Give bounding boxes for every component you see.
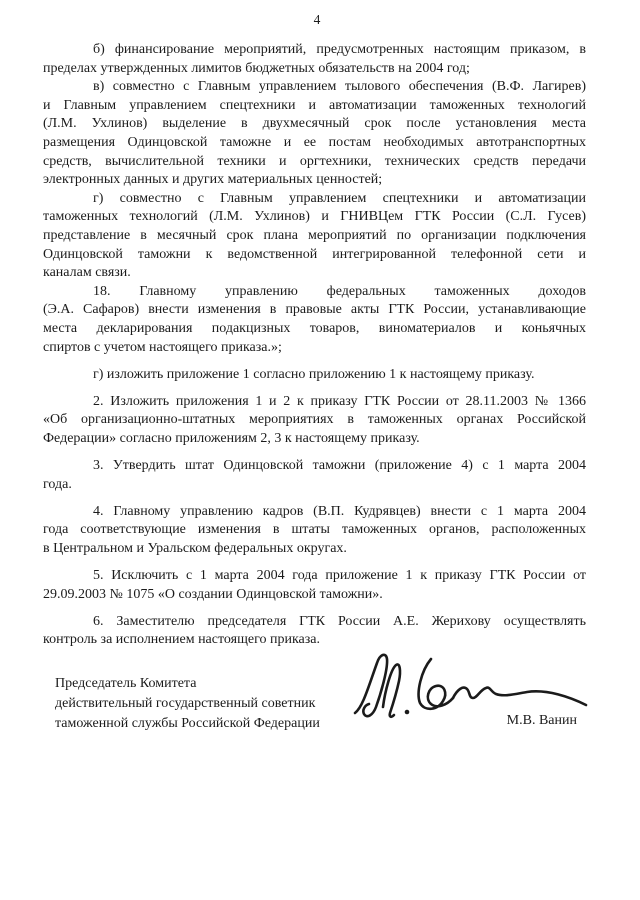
- paragraph: 18. Главному управлению федеральных тамо…: [43, 283, 586, 357]
- paragraph: 5. Исключить с 1 марта 2004 года приложе…: [43, 567, 586, 604]
- document-line: года.: [43, 476, 586, 495]
- document-line: 2. Изложить приложения 1 и 2 к приказу Г…: [43, 393, 586, 412]
- paragraph: 4. Главному управлению кадров (В.П. Кудр…: [43, 503, 586, 559]
- document-line: б) финансирование мероприятий, предусмот…: [43, 41, 586, 60]
- document-page: 4 б) финансирование мероприятий, предусм…: [0, 0, 640, 900]
- document-line: места декларирования подакцизных товаров…: [43, 320, 586, 339]
- document-line: контроль за исполнением настоящего прика…: [43, 631, 586, 650]
- document-body: б) финансирование мероприятий, предусмот…: [43, 41, 586, 650]
- document-line: 5. Исключить с 1 марта 2004 года приложе…: [43, 567, 586, 586]
- document-line: средств, вычислительной техники и оргтех…: [43, 153, 586, 172]
- document-line: 29.09.2003 № 1075 «О создании Одинцовско…: [43, 586, 586, 605]
- paragraph: в) совместно с Главным управлением тылов…: [43, 78, 586, 190]
- paragraph: 3. Утвердить штат Одинцовской таможни (п…: [43, 457, 586, 494]
- document-line: представление в месячный срок плана меро…: [43, 227, 586, 246]
- paragraph: г) изложить приложение 1 согласно прилож…: [43, 366, 586, 385]
- document-line: электронных данных и других материальных…: [43, 171, 586, 190]
- document-line: размещения Одинцовской таможне и ее пост…: [43, 134, 586, 153]
- paragraph: г) совместно с Главным управлением спецт…: [43, 190, 586, 283]
- signer-title-line: Председатель Комитета: [55, 674, 320, 694]
- document-line: и Главным управлением спецтехники и авто…: [43, 97, 586, 116]
- document-line: каналам связи.: [43, 264, 586, 283]
- signer-title-block: Председатель Комитетадействительный госу…: [55, 674, 320, 734]
- document-line: спиртов с учетом настоящего приказа.»;: [43, 339, 586, 358]
- document-line: 18. Главному управлению федеральных тамо…: [43, 283, 586, 302]
- document-line: (Э.А. Сафаров) внести изменения в правов…: [43, 301, 586, 320]
- document-line: г) совместно с Главным управлением спецт…: [43, 190, 586, 209]
- page-number: 4: [0, 12, 634, 28]
- document-line: года соответствующие изменения в штаты т…: [43, 521, 586, 540]
- signer-name: М.В. Ванин: [507, 713, 577, 729]
- paragraph: 2. Изложить приложения 1 и 2 к приказу Г…: [43, 393, 586, 449]
- document-line: «Об организационно-штатных мероприятиях …: [43, 411, 586, 430]
- document-line: 6. Заместителю председателя ГТК России А…: [43, 613, 586, 632]
- signer-title-line: действительный государственный советник: [55, 694, 320, 714]
- signer-title-line: таможенной службы Российской Федерации: [55, 714, 320, 734]
- document-line: 3. Утвердить штат Одинцовской таможни (п…: [43, 457, 586, 476]
- paragraph: б) финансирование мероприятий, предусмот…: [43, 41, 586, 78]
- document-line: Федерации» согласно приложениям 2, 3 к н…: [43, 430, 586, 449]
- document-line: пределах утвержденных лимитов бюджетных …: [43, 60, 586, 79]
- document-line: таможенных технологий (Л.М. Ухлинов) и Г…: [43, 208, 586, 227]
- document-line: Одинцовской таможни к ведомственной инте…: [43, 246, 586, 265]
- document-line: г) изложить приложение 1 согласно прилож…: [43, 366, 586, 385]
- document-line: 4. Главному управлению кадров (В.П. Кудр…: [43, 503, 586, 522]
- document-line: в Центральном и Уральском федеральных ок…: [43, 540, 586, 559]
- paragraph: 6. Заместителю председателя ГТК России А…: [43, 613, 586, 650]
- document-line: в) совместно с Главным управлением тылов…: [43, 78, 586, 97]
- document-line: (Л.М. Ухлинов) выделение в двухмесячный …: [43, 115, 586, 134]
